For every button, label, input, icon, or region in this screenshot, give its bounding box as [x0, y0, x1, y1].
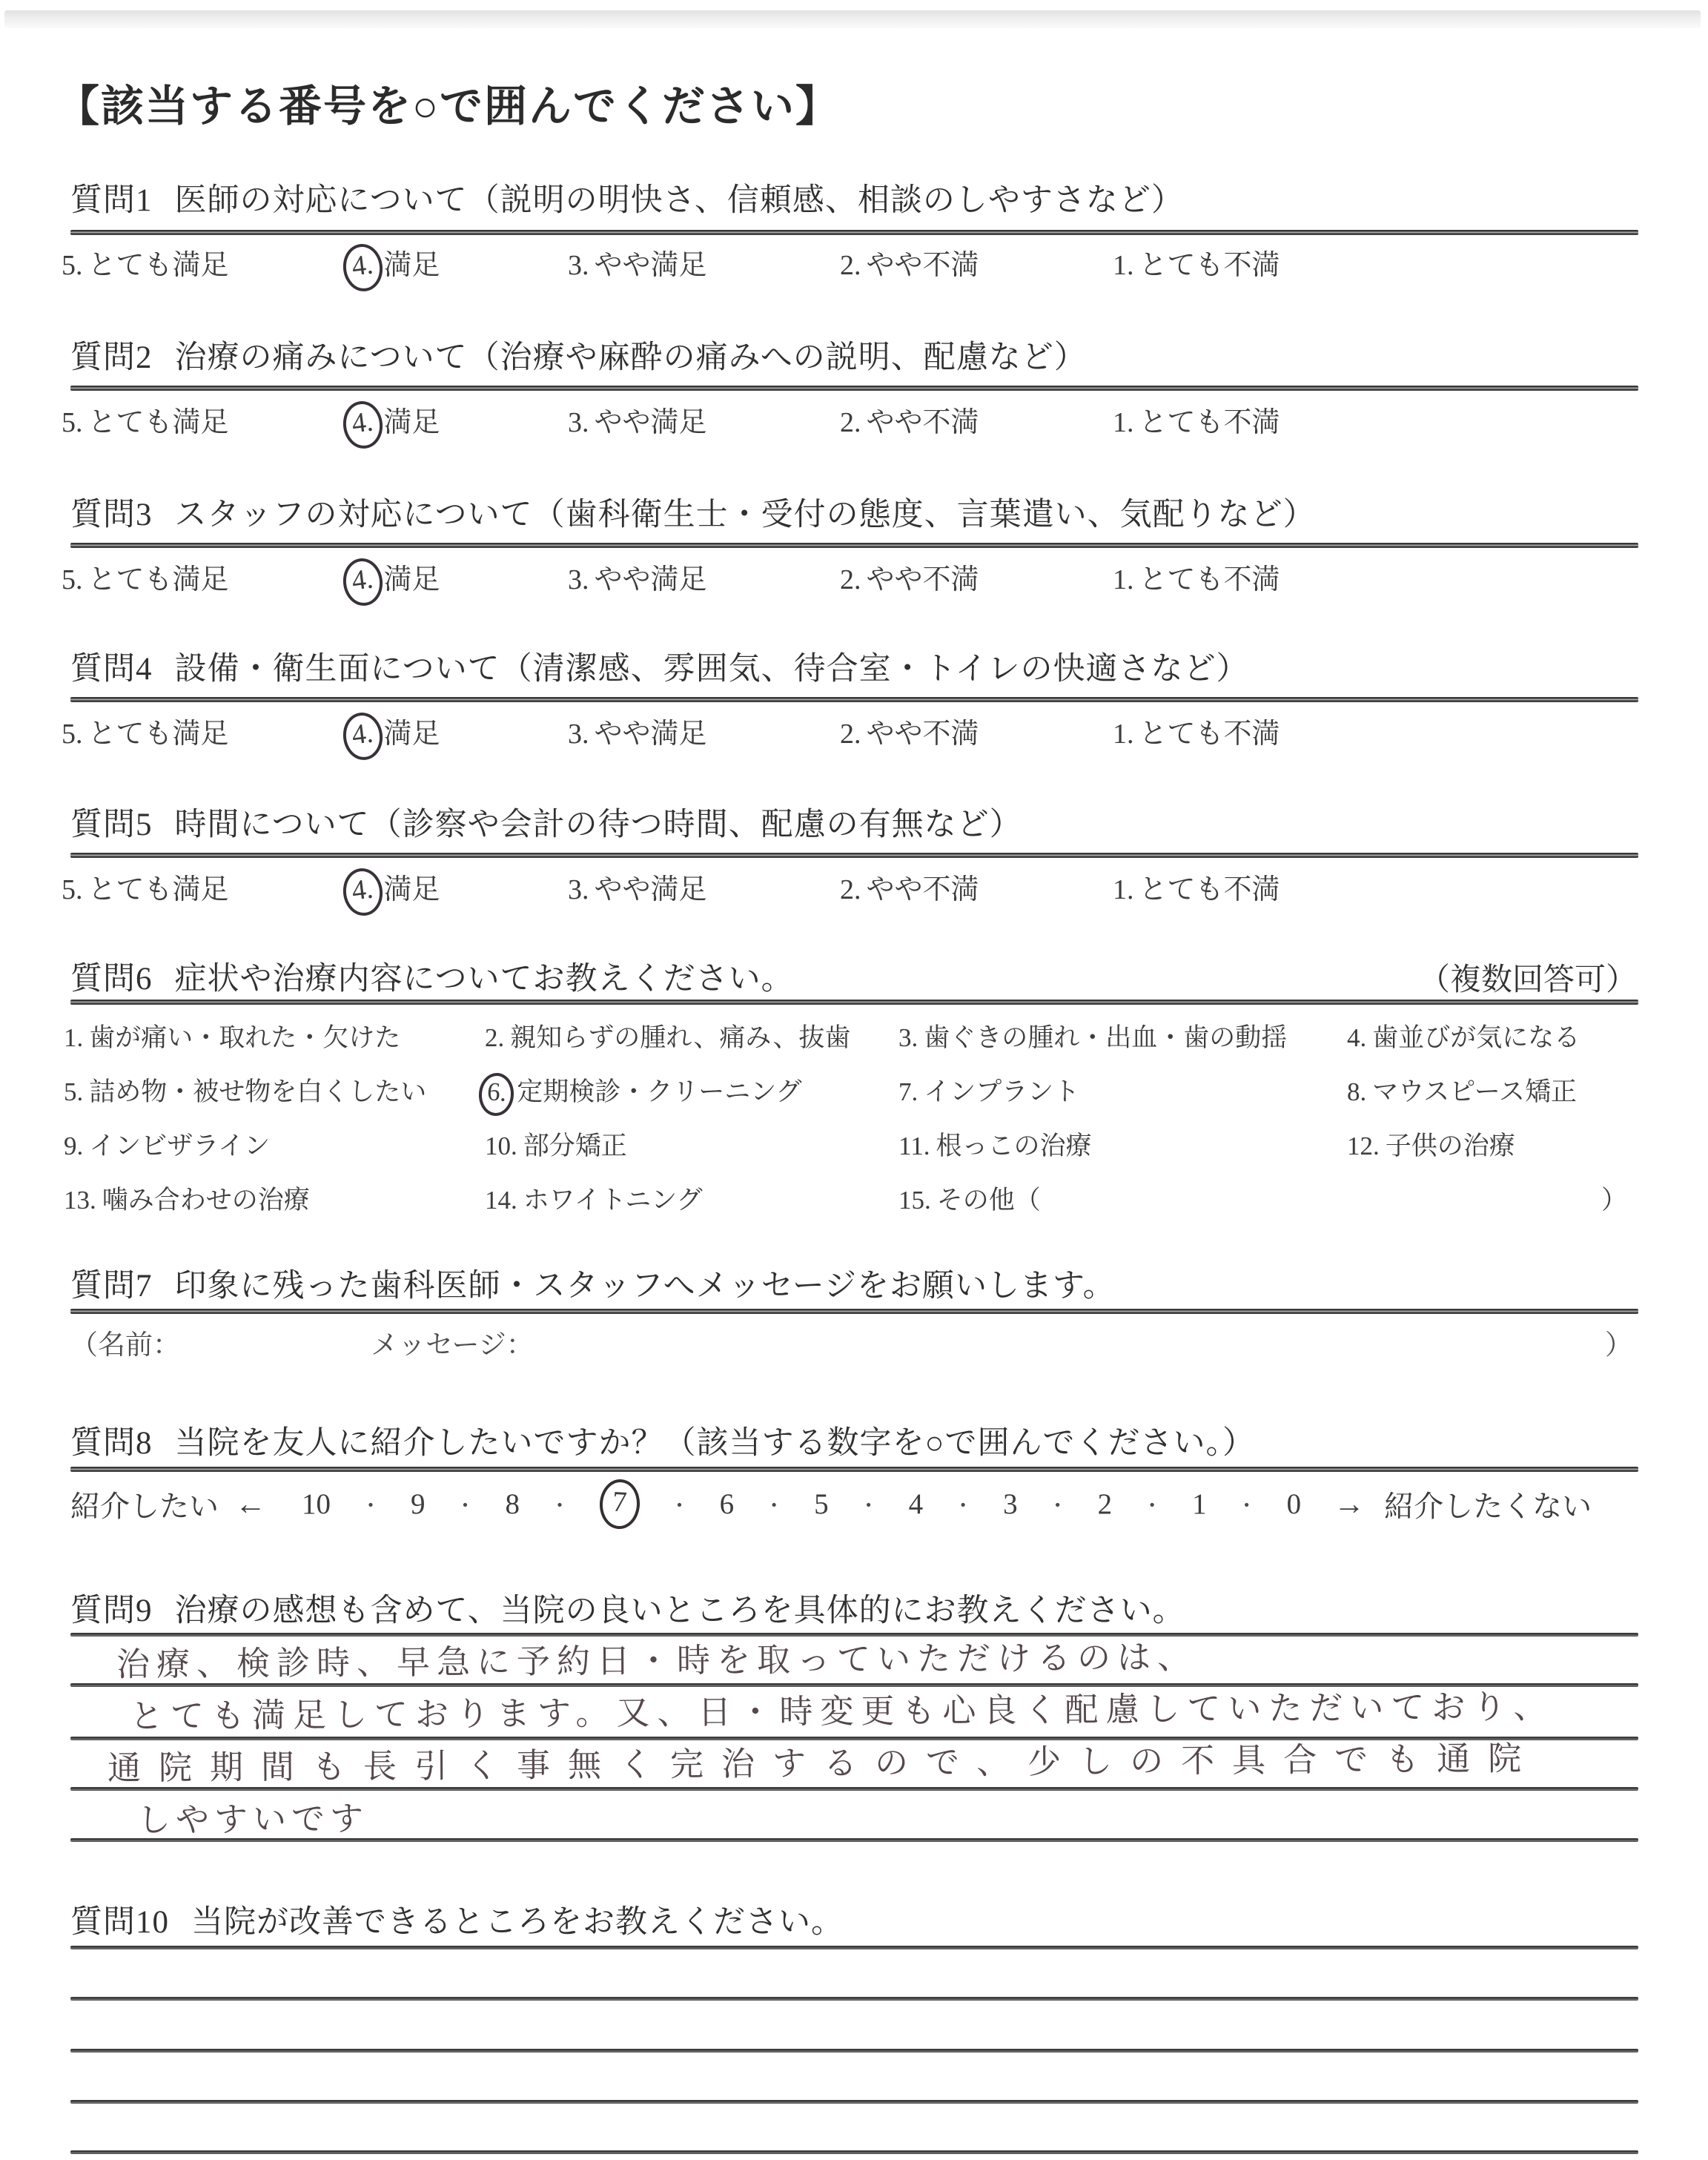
nps-separator: ・: [858, 1490, 879, 1519]
rating-option-3: 3.やや満足: [568, 866, 707, 907]
question-1-title: 質問1医師の対応について（説明の明快さ、信頼感、相談のしやすさなど）: [70, 175, 1184, 220]
question-2-rating-scale: 5.とても満足 4.満足 3.やや満足 2.やや不満 1.とても不満: [62, 399, 1638, 446]
rating-option-5: 5.とても満足: [62, 866, 229, 907]
scan-artifact-band: [4, 10, 1701, 28]
question-number: 質問2: [70, 340, 153, 375]
symptom-option-10: 10.部分矯正: [485, 1126, 627, 1163]
handwritten-circle-mark: 4.: [340, 556, 385, 608]
rating-option-1: 1.とても不満: [1113, 399, 1280, 440]
header-divider: [70, 386, 1638, 391]
nps-number-7-selected: 7: [598, 1479, 640, 1530]
question-7-title: 質問7印象に残った歯科医師・スタッフへメッセージをお願いします。: [70, 1261, 1116, 1306]
header-divider: [70, 697, 1638, 702]
nps-number-9: 9: [411, 1487, 426, 1521]
rating-option-3: 3.やや満足: [568, 556, 707, 597]
symptom-option-11: 11.根っこの治療: [898, 1126, 1091, 1163]
question-number: 質問3: [70, 498, 153, 532]
rating-option-5: 5.とても満足: [62, 399, 229, 440]
scanned-survey-page: 【該当する番号を○で囲んでください】 質問1医師の対応について（説明の明快さ、信…: [0, 0, 1708, 2160]
handwritten-circle-mark: 4.: [340, 242, 385, 294]
rating-option-1: 1.とても不満: [1113, 556, 1280, 597]
question-3-rating-scale: 5.とても満足 4.満足 3.やや満足 2.やや不満 1.とても不満: [62, 556, 1638, 604]
message-label: メッセージ：: [371, 1322, 534, 1362]
nps-separator: ・: [1142, 1490, 1162, 1519]
nps-separator: ・: [360, 1490, 381, 1519]
rating-option-1: 1.とても不満: [1113, 866, 1280, 907]
nps-separator: ・: [1047, 1490, 1068, 1519]
symptom-option-4: 4.歯並びが気になる: [1347, 1017, 1580, 1054]
nps-number-1: 1: [1192, 1487, 1207, 1521]
handwritten-circle-mark: 4.: [340, 399, 385, 451]
nps-right-label: 紹介したくない: [1384, 1483, 1592, 1525]
question-8-title: 質問8当院を友人に紹介したいですか？（該当する数字を○で囲んでください。）: [70, 1418, 1255, 1463]
nps-number-8: 8: [506, 1487, 520, 1521]
rating-option-4-selected: 4.満足: [351, 242, 440, 284]
handwritten-answer-line-4: しやすいです: [137, 1791, 368, 1841]
handwritten-circle-mark: 4.: [340, 866, 385, 918]
symptom-option-6-selected: 6.定期検診・クリーニング: [485, 1071, 802, 1109]
question-title-text: 設備・衛生面について（清潔感、雰囲気、待合室・トイレの快適さなど）: [175, 652, 1249, 687]
symptom-option-15-other: 15.その他（: [898, 1180, 1041, 1217]
symptom-option-14: 14.ホワイトニング: [485, 1180, 703, 1217]
nps-number-6: 6: [720, 1487, 735, 1521]
nps-separator: ・: [1237, 1490, 1257, 1519]
rating-option-3: 3.やや満足: [568, 710, 707, 751]
question-2-title: 質問2治療の痛みについて（治療や麻酔の痛みへの説明、配慮など）: [70, 332, 1087, 377]
question-number: 質問7: [70, 1269, 153, 1304]
rating-option-3: 3.やや満足: [568, 399, 707, 440]
question-title-text: 当院が改善できるところをお教えください。: [191, 1905, 844, 1940]
nps-separator: ・: [953, 1490, 973, 1519]
symptom-options-grid: 1.歯が痛い・取れた・欠けた 2.親知らずの腫れ、痛み、抜歯 3.歯ぐきの腫れ・…: [64, 1017, 1638, 1240]
nps-number-4: 4: [909, 1487, 924, 1521]
nps-separator: ・: [455, 1490, 476, 1519]
nps-separator: ・: [549, 1490, 570, 1519]
nps-number-3: 3: [1003, 1487, 1018, 1521]
question-number: 質問1: [70, 183, 153, 218]
question-number: 質問9: [70, 1593, 153, 1628]
rating-option-5: 5.とても満足: [62, 556, 229, 597]
rating-option-5: 5.とても満足: [62, 242, 229, 283]
question-title-text: 治療の感想も含めて、当院の良いところを具体的にお教えください。: [175, 1593, 1185, 1628]
symptom-option-13: 13.噛み合わせの治療: [64, 1180, 310, 1217]
nps-number-5: 5: [814, 1487, 829, 1521]
handwritten-answer-line-3: 通院期間も長引く事無く完治するので、少しの不具合でも通院: [107, 1731, 1540, 1789]
page-title: 【該当する番号を○で囲んでください】: [56, 71, 840, 133]
header-divider: [70, 543, 1638, 548]
question-1-rating-scale: 5.とても満足 4.満足 3.やや満足 2.やや不満 1.とても不満: [62, 242, 1638, 289]
handwritten-answer-line-1: 治療、検診時、早急に予約日・時を取っていただけるのは、: [116, 1630, 1197, 1685]
symptom-option-7: 7.インプラント: [898, 1071, 1079, 1109]
name-label: （名前：: [70, 1322, 180, 1362]
rating-option-2: 2.やや不満: [840, 399, 979, 440]
handwritten-circle-mark: 6.: [477, 1071, 515, 1117]
multi-answer-note: （複数回答可）: [1419, 955, 1637, 1000]
rating-option-4-selected: 4.満足: [351, 866, 440, 908]
question-5-rating-scale: 5.とても満足 4.満足 3.やや満足 2.やや不満 1.とても不満: [62, 866, 1638, 914]
question-title-text: 当院を友人に紹介したいですか？（該当する数字を○で囲んでください。）: [175, 1426, 1255, 1461]
question-number: 質問10: [70, 1905, 169, 1940]
symptom-option-3: 3.歯ぐきの腫れ・出血・歯の動揺: [898, 1017, 1287, 1054]
nps-separator: ・: [669, 1490, 690, 1519]
header-divider: [70, 853, 1638, 858]
handwritten-answer-line-2: とても満足しております。又、日・時変更も心良く配慮していただいており、: [130, 1680, 1555, 1737]
answer-ruled-line: [70, 2150, 1638, 2154]
question-title-text: 医師の対応について（説明の明快さ、信頼感、相談のしやすさなど）: [175, 183, 1184, 218]
symptom-option-12: 12.子供の治療: [1347, 1126, 1515, 1163]
symptom-option-2: 2.親知らずの腫れ、痛み、抜歯: [485, 1017, 850, 1054]
rating-option-5: 5.とても満足: [62, 710, 229, 751]
answer-ruled-line: [70, 2100, 1638, 2104]
nps-number-0: 0: [1287, 1487, 1302, 1521]
question-10-title: 質問10当院が改善できるところをお教えください。: [70, 1897, 844, 1942]
question-number: 質問8: [70, 1426, 153, 1461]
question-9-title: 質問9治療の感想も含めて、当院の良いところを具体的にお教えください。: [70, 1585, 1185, 1631]
nps-scale-row: 紹介したい ← 10 ・ 9 ・ 8 ・ 7 ・ 6 ・ 5 ・ 4 ・ 3 ・…: [70, 1479, 1592, 1529]
answer-ruled-line: [70, 2049, 1638, 2052]
question-title-text: 治療の痛みについて（治療や麻酔の痛みへの説明、配慮など）: [175, 340, 1087, 375]
question-title-text: スタッフの対応について（歯科衛生士・受付の態度、言葉遣い、気配りなど）: [175, 498, 1316, 532]
rating-option-2: 2.やや不満: [840, 710, 979, 751]
right-arrow-icon: →: [1334, 1487, 1365, 1522]
question-3-title: 質問3スタッフの対応について（歯科衛生士・受付の態度、言葉遣い、気配りなど）: [70, 489, 1316, 535]
rating-option-4-selected: 4.満足: [351, 710, 440, 753]
nps-separator: ・: [764, 1490, 784, 1519]
rating-option-4-selected: 4.満足: [351, 399, 440, 441]
symptom-option-5: 5.詰め物・被せ物を白くしたい: [64, 1071, 426, 1109]
question-4-rating-scale: 5.とても満足 4.満足 3.やや満足 2.やや不満 1.とても不満: [62, 710, 1638, 758]
header-divider: [70, 1309, 1638, 1314]
question-title-text: 印象に残った歯科医師・スタッフへメッセージをお願いします。: [175, 1269, 1116, 1304]
question-number: 質問4: [70, 652, 153, 687]
close-paren: ）: [1605, 1322, 1632, 1362]
rating-option-1: 1.とても不満: [1113, 710, 1280, 751]
question-title-text: 症状や治療内容についてお教えください。: [175, 962, 794, 997]
rating-option-3: 3.やや満足: [568, 242, 707, 283]
nps-number-2: 2: [1098, 1487, 1113, 1521]
question-4-title: 質問4設備・衛生面について（清潔感、雰囲気、待合室・トイレの快適さなど）: [70, 644, 1249, 689]
header-divider: [70, 230, 1638, 235]
question-5-title: 質問5時間について（診察や会計の待つ時間、配慮の有無など）: [70, 799, 1022, 845]
handwritten-circle-mark: 4.: [340, 710, 385, 762]
question-number: 質問6: [70, 962, 153, 997]
question-number: 質問5: [70, 807, 153, 842]
left-arrow-icon: ←: [235, 1487, 266, 1522]
symptom-option-1: 1.歯が痛い・取れた・欠けた: [64, 1017, 400, 1054]
rating-option-2: 2.やや不満: [840, 556, 979, 597]
nps-left-label: 紹介したい: [70, 1483, 219, 1525]
rating-option-4-selected: 4.満足: [351, 556, 440, 598]
question-6-title: 質問6症状や治療内容についてお教えください。: [70, 954, 794, 999]
symptom-option-9: 9.インビザライン: [64, 1126, 270, 1163]
rating-option-2: 2.やや不満: [840, 242, 979, 283]
header-divider: [70, 1467, 1638, 1472]
symptom-option-8: 8.マウスピース矯正: [1347, 1071, 1577, 1109]
answer-ruled-line: [70, 1946, 1638, 1949]
answer-ruled-line: [70, 1997, 1638, 2001]
header-divider: [70, 1000, 1638, 1005]
rating-option-2: 2.やや不満: [840, 866, 979, 907]
nps-number-10: 10: [302, 1487, 331, 1521]
question-title-text: 時間について（診察や会計の待つ時間、配慮の有無など）: [175, 807, 1022, 842]
rating-option-1: 1.とても不満: [1113, 242, 1280, 283]
other-option-close-paren: ）: [1601, 1180, 1627, 1217]
